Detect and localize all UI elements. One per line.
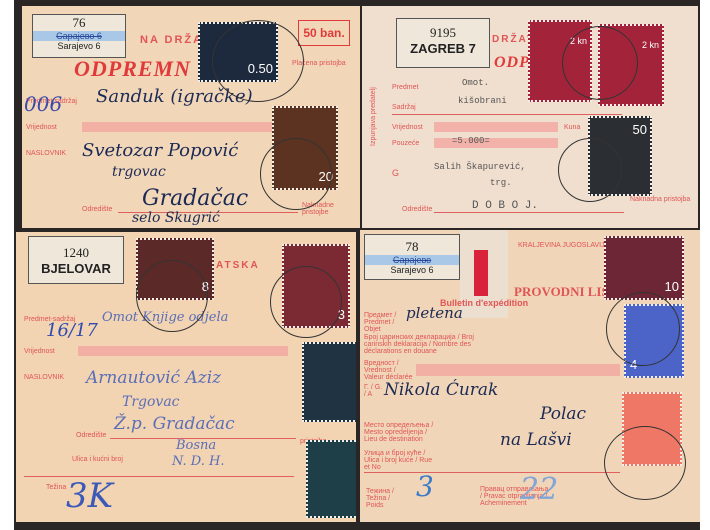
field-pouzece: Pouzeće: [392, 140, 419, 147]
label-number: 9195: [397, 25, 489, 41]
rule: [392, 114, 622, 115]
field-tezina: Težina: [46, 484, 66, 491]
hand-weight: 3K: [66, 476, 113, 516]
field-odrediste: Odredište: [82, 206, 112, 213]
field-odrediste: Odredište: [76, 432, 106, 439]
cancel-postmark: [562, 26, 638, 100]
field-kuna: Kuna: [564, 124, 580, 131]
field-vrijednost: Vrijednost: [392, 124, 423, 131]
label-number: 76: [33, 15, 125, 31]
parcel-card-bjelovar-1240: 1240 BJELOVAR ATSKA Predmet-sadržaj Vrij…: [16, 232, 356, 522]
cancel-postmark: [136, 260, 208, 332]
value-band: [78, 346, 288, 356]
field-naslovnik: NASLOVNIK: [26, 150, 66, 157]
field-tezina: Тежина / Težina / Poids: [366, 488, 396, 509]
typed-sadrzaj: kišobrani: [458, 96, 507, 106]
hand-occupation: trgovac: [112, 164, 166, 180]
hand-region: na Lašvi: [500, 430, 572, 450]
fee-box: 50 ban.: [298, 20, 350, 46]
cancel-postmark-2: [604, 426, 686, 500]
hand-mark: 006: [24, 92, 62, 116]
rule: [434, 212, 624, 213]
hand-item: pletena: [406, 304, 463, 322]
parcel-card-sarajevo-78: 78 Сарајево Sarajevo 6 KRALJEVINA JUGOSL…: [360, 230, 700, 522]
extra-fee-label: Naknadna pristojba: [630, 196, 690, 203]
hand-city: Gradačac: [142, 186, 248, 211]
typed-name: Salih Škapurević,: [434, 162, 526, 172]
registration-label: 76 Сарајево 6 Sarajevo 6: [32, 14, 126, 58]
field-g: Г. / G. / A: [364, 384, 384, 398]
hand-occupation: Trgovac: [122, 394, 180, 410]
field-carina: Број царинских декларација / Broj carins…: [364, 334, 484, 355]
rule: [364, 472, 620, 473]
value-band: [434, 122, 558, 132]
cancel-postmark-2: [260, 138, 332, 210]
field-mesto: Место опредељења / Mesto opredeljenja / …: [364, 422, 434, 443]
label-struck-city: Сарајево: [365, 255, 459, 265]
r-mark: [474, 250, 488, 296]
value-band: [416, 364, 620, 376]
label-city: ZAGREB 7: [397, 41, 489, 56]
field-ulica: Ulica i kućni broj: [72, 456, 123, 463]
hand-city: Polac: [540, 404, 586, 424]
field-sadrzaj: Sadržaj: [392, 104, 416, 111]
registration-label: 9195 ZAGREB 7: [396, 18, 490, 68]
stamp-waterfall: [302, 342, 356, 422]
stamp-landscape: 10: [604, 236, 684, 300]
cancel-postmark: [606, 292, 680, 366]
parcel-card-zagreb-9195: 9195 ZAGREB 7 DRŽAVA ODP Izpunjava preda…: [362, 6, 698, 228]
cancel-postmark-2: [558, 138, 622, 202]
hand-mark: 16/17: [46, 320, 98, 341]
hand-name: Arnautović Aziz: [86, 368, 221, 388]
field-naslovnik: NASLOVNIK: [24, 374, 64, 381]
label-struck-city: Сарајево 6: [33, 31, 125, 41]
side-label: Izpunjava predatelj: [370, 87, 377, 146]
label-city: Sarajevo 6: [33, 41, 125, 51]
hand-name: Svetozar Popović: [82, 140, 238, 161]
cancel-postmark-2: [270, 266, 342, 338]
card-title: ODP: [494, 54, 530, 72]
card-header: KRALJEVINA JUGOSLAVIJA: [518, 242, 609, 249]
field-odrediste: Odredište: [402, 206, 432, 213]
label-city: Sarajevo 6: [365, 265, 459, 275]
field-vrijednost: Vrijednost: [24, 348, 55, 355]
field-ulica: Улица и број куће / Ulica i broj kuće / …: [364, 450, 434, 471]
typed-occupation: trg.: [490, 178, 512, 188]
field-vrijednost: Vrijednost: [26, 124, 57, 131]
hand-weight: 3: [416, 470, 434, 503]
parcel-card-sarajevo-76: 76 Сарајево 6 Sarajevo 6 NA DRŽAVA ODPRE…: [22, 6, 360, 228]
label-number: 1240: [29, 245, 123, 261]
hand-region: Bosna: [176, 438, 216, 453]
label-city: BJELOVAR: [29, 261, 123, 276]
rule: [24, 476, 294, 477]
field-g: G: [392, 168, 399, 178]
hand-city: Ž.p. Gradačac: [114, 414, 235, 434]
field-vrednost: Вредност / Vrednost / Valeur déclarée: [364, 360, 414, 381]
label-number: 78: [365, 239, 459, 255]
stamp-mountain: 1: [306, 440, 356, 518]
field-predmet: Предмет / Predmet / Objet: [364, 312, 404, 333]
typed-city: D O B O J.: [472, 200, 538, 212]
hand-note: 22: [520, 472, 558, 507]
typed-pouzece: =5.000=: [452, 136, 490, 146]
cancel-postmark: [212, 20, 304, 102]
typed-predmet: Omot.: [462, 78, 489, 88]
card-header: ATSKA: [216, 260, 260, 271]
hand-name: Nikola Ćurak: [384, 380, 498, 400]
registration-label: 78 Сарајево Sarajevo 6: [364, 234, 460, 280]
registration-label: 1240 BJELOVAR: [28, 236, 124, 284]
card-title: ODPREMN: [74, 56, 191, 82]
hand-state: N. D. H.: [172, 454, 225, 469]
card-title: PROVODNI LIST: [514, 284, 617, 300]
hand-village: selo Skugrić: [132, 210, 220, 226]
field-predmet: Predmet: [392, 84, 418, 91]
